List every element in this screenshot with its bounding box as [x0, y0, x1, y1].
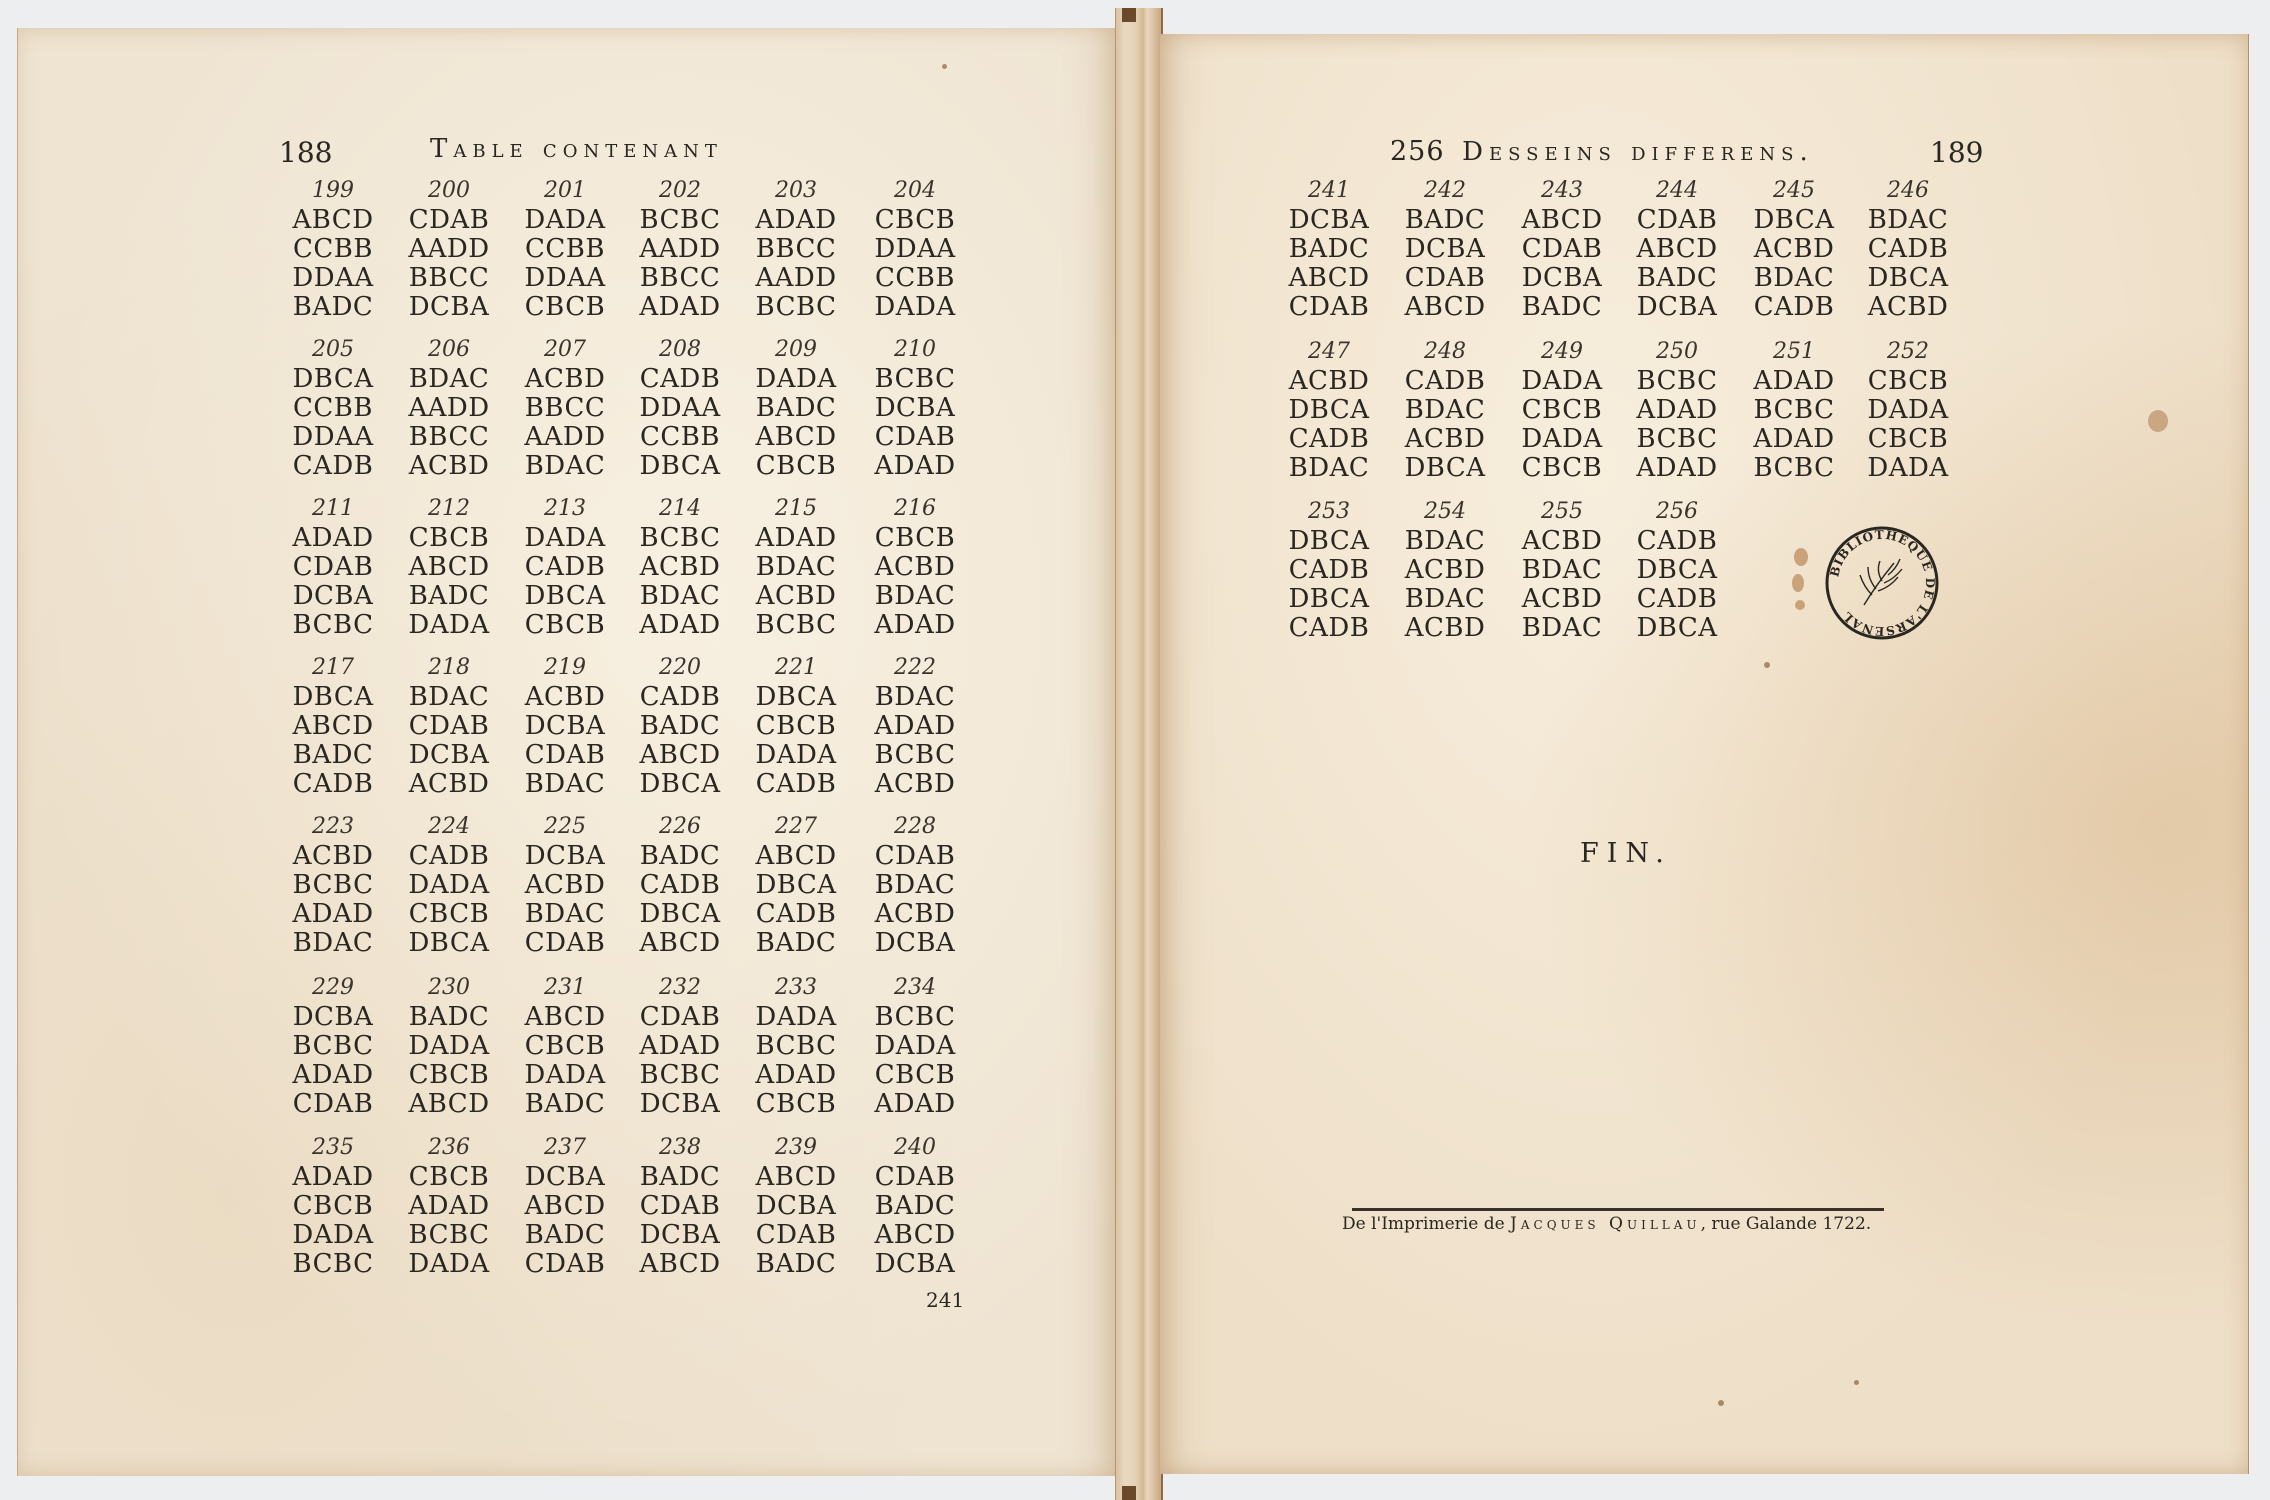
design-row: ADAD — [275, 524, 391, 553]
design-number: 228 — [857, 812, 973, 842]
design-row: DADA — [857, 293, 973, 322]
design-row: BDAC — [1387, 396, 1503, 425]
design-row: BCBC — [391, 1221, 507, 1250]
design-row: ABCD — [738, 842, 854, 871]
design-row: BADC — [622, 712, 738, 741]
design-row: DCBA — [738, 1192, 854, 1221]
design-row: ABCD — [507, 1192, 623, 1221]
design-row: CADB — [1271, 556, 1387, 585]
design-row: DADA — [1850, 454, 1966, 483]
design-row: CBCB — [1850, 367, 1966, 396]
design-entry: 205DBCACCBBDDAACADB — [275, 335, 391, 481]
design-row: BDAC — [275, 929, 391, 958]
imprint-printer: Jacques Quillau — [1510, 1214, 1701, 1234]
design-entry: 211ADADCDABDCBABCBC — [275, 494, 391, 640]
design-row: DADA — [738, 1003, 854, 1032]
left-page-number: 188 — [279, 136, 332, 169]
design-entry: 210BCBCDCBACDABADAD — [857, 335, 973, 481]
design-row: ABCD — [275, 206, 391, 235]
design-row: BADC — [1271, 235, 1387, 264]
design-row: ADAD — [1619, 396, 1735, 425]
design-number: 200 — [391, 176, 507, 206]
design-row: ACBD — [275, 842, 391, 871]
design-entry: 256CADBDBCACADBDBCA — [1619, 497, 1735, 643]
design-entry: 236CBCBADADBCBCDADA — [391, 1133, 507, 1279]
foxing-speck — [1854, 1380, 1859, 1385]
design-row: CADB — [622, 683, 738, 712]
design-row: DBCA — [738, 683, 854, 712]
design-number: 251 — [1736, 337, 1852, 367]
design-row: CCBB — [507, 235, 623, 264]
design-entry: 246BDACCADBDBCAACBD — [1850, 176, 1966, 322]
design-row: DBCA — [1619, 556, 1735, 585]
design-row: DADA — [1504, 367, 1620, 396]
design-row: ACBD — [507, 365, 623, 394]
design-entry: 223ACBDBCBCADADBDAC — [275, 812, 391, 958]
design-row: DCBA — [857, 929, 973, 958]
design-row: CDAB — [507, 929, 623, 958]
foxing-speck — [1764, 662, 1770, 668]
design-number: 256 — [1619, 497, 1735, 527]
design-number: 211 — [275, 494, 391, 524]
design-row: BCBC — [622, 524, 738, 553]
design-row: BDAC — [1850, 206, 1966, 235]
design-entry: 240CDABBADCABCDDCBA — [857, 1133, 973, 1279]
design-row: CDAB — [391, 712, 507, 741]
design-row: CBCB — [507, 611, 623, 640]
design-row: BBCC — [391, 423, 507, 452]
design-row: CDAB — [507, 741, 623, 770]
design-row: BADC — [507, 1090, 623, 1119]
design-row: BADC — [1619, 264, 1735, 293]
design-row: DBCA — [275, 683, 391, 712]
design-row: CCBB — [275, 394, 391, 423]
design-row: BDAC — [857, 683, 973, 712]
design-row: CADB — [1619, 585, 1735, 614]
design-row: CDAB — [1387, 264, 1503, 293]
design-number: 205 — [275, 335, 391, 365]
design-number: 250 — [1619, 337, 1735, 367]
design-row: BADC — [391, 1003, 507, 1032]
design-row: ACBD — [1387, 425, 1503, 454]
design-row: DADA — [391, 1032, 507, 1061]
design-row: BADC — [738, 929, 854, 958]
design-entry: 233DADABCBCADADCBCB — [738, 973, 854, 1119]
design-entry: 228CDABBDACACBDDCBA — [857, 812, 973, 958]
design-entry: 202BCBCAADDBBCCADAD — [622, 176, 738, 322]
design-number: 231 — [507, 973, 623, 1003]
design-entry: 203ADADBBCCAADDBCBC — [738, 176, 854, 322]
design-row: BADC — [391, 582, 507, 611]
design-row: CADB — [1387, 367, 1503, 396]
design-row: BADC — [275, 741, 391, 770]
design-row: CDAB — [507, 1250, 623, 1279]
design-row: CBCB — [507, 293, 623, 322]
design-row: DADA — [1504, 425, 1620, 454]
design-row: DBCA — [391, 929, 507, 958]
design-row: DCBA — [622, 1090, 738, 1119]
foxing-speck — [1718, 1400, 1724, 1406]
design-row: AADD — [507, 423, 623, 452]
design-row: DADA — [857, 1032, 973, 1061]
design-row: ABCD — [1619, 235, 1735, 264]
design-number: 203 — [738, 176, 854, 206]
design-entry: 245DBCAACBDBDACCADB — [1736, 176, 1852, 322]
design-entry: 217DBCAABCDBADCCADB — [275, 653, 391, 799]
design-row: BCBC — [1619, 367, 1735, 396]
design-entry: 251ADADBCBCADADBCBC — [1736, 337, 1852, 483]
design-row: BDAC — [1504, 614, 1620, 643]
design-row: DCBA — [1271, 206, 1387, 235]
design-row: ABCD — [857, 1221, 973, 1250]
design-row: ACBD — [857, 553, 973, 582]
design-entry: 230BADCDADACBCBABCD — [391, 973, 507, 1119]
design-row: ACBD — [1736, 235, 1852, 264]
design-number: 214 — [622, 494, 738, 524]
right-page-number: 189 — [1930, 136, 1983, 169]
design-row: BADC — [622, 1163, 738, 1192]
design-entry: 214BCBCACBDBDACADAD — [622, 494, 738, 640]
imprint-suffix: , rue Galande 1722. — [1701, 1214, 1872, 1234]
design-row: CADB — [1271, 614, 1387, 643]
design-row: AADD — [738, 264, 854, 293]
design-row: AADD — [391, 394, 507, 423]
design-number: 245 — [1736, 176, 1852, 206]
design-number: 255 — [1504, 497, 1620, 527]
design-row: ADAD — [1736, 425, 1852, 454]
design-number: 246 — [1850, 176, 1966, 206]
design-number: 216 — [857, 494, 973, 524]
design-row: CADB — [1850, 235, 1966, 264]
design-entry: 226BADCCADBDBCAABCD — [622, 812, 738, 958]
design-row: CDAB — [391, 206, 507, 235]
design-row: DCBA — [507, 1163, 623, 1192]
design-number: 215 — [738, 494, 854, 524]
design-entry: 231ABCDCBCBDADABADC — [507, 973, 623, 1119]
design-row: ACBD — [857, 900, 973, 929]
design-row: DBCA — [622, 900, 738, 929]
design-row: DBCA — [507, 582, 623, 611]
design-row: BCBC — [622, 1061, 738, 1090]
design-entry: 221DBCACBCBDADACADB — [738, 653, 854, 799]
design-row: BCBC — [857, 365, 973, 394]
design-entry: 209DADABADCABCDCBCB — [738, 335, 854, 481]
design-row: ADAD — [857, 1090, 973, 1119]
design-row: ACBD — [622, 553, 738, 582]
design-number: 248 — [1387, 337, 1503, 367]
design-number: 254 — [1387, 497, 1503, 527]
design-number: 204 — [857, 176, 973, 206]
design-number: 234 — [857, 973, 973, 1003]
design-number: 212 — [391, 494, 507, 524]
spine-headband — [1122, 8, 1136, 22]
design-row: DBCA — [1850, 264, 1966, 293]
design-row: DBCA — [1387, 454, 1503, 483]
design-row: CBCB — [275, 1192, 391, 1221]
design-row: DDAA — [622, 394, 738, 423]
design-row: CADB — [1271, 425, 1387, 454]
design-row: DCBA — [391, 293, 507, 322]
left-running-head: Table contenant — [430, 134, 723, 164]
design-row: ACBD — [1271, 367, 1387, 396]
arsenal-stamp-icon: BIBLIOTHÈQUE DE L'ARSENAL — [1824, 525, 1940, 641]
design-row: ABCD — [622, 741, 738, 770]
design-entry: 255ACBDBDACACBDBDAC — [1504, 497, 1620, 643]
design-row: BCBC — [275, 1250, 391, 1279]
design-number: 206 — [391, 335, 507, 365]
design-row: CDAB — [1271, 293, 1387, 322]
design-row: DCBA — [391, 741, 507, 770]
design-row: ABCD — [622, 929, 738, 958]
design-row: ABCD — [1504, 206, 1620, 235]
design-row: CBCB — [391, 524, 507, 553]
design-entry: 218BDACCDABDCBAACBD — [391, 653, 507, 799]
design-entry: 234BCBCDADACBCBADAD — [857, 973, 973, 1119]
design-entry: 232CDABADADBCBCDCBA — [622, 973, 738, 1119]
design-row: ADAD — [275, 1061, 391, 1090]
design-row: DCBA — [275, 1003, 391, 1032]
design-row: BBCC — [391, 264, 507, 293]
design-row: CBCB — [391, 1061, 507, 1090]
design-row: ACBD — [1504, 585, 1620, 614]
design-entry: 201DADACCBBDDAACBCB — [507, 176, 623, 322]
design-row: CBCB — [507, 1032, 623, 1061]
design-number: 241 — [1271, 176, 1387, 206]
running-head-title: Desseins differens. — [1462, 137, 1814, 167]
design-row: BDAC — [857, 871, 973, 900]
design-row: DADA — [507, 1061, 623, 1090]
design-row: CBCB — [1504, 454, 1620, 483]
design-row: ADAD — [622, 293, 738, 322]
design-row: BCBC — [738, 293, 854, 322]
design-row: ACBD — [507, 871, 623, 900]
design-row: BCBC — [738, 611, 854, 640]
design-row: BADC — [507, 1221, 623, 1250]
design-entry: 216CBCBACBDBDACADAD — [857, 494, 973, 640]
book-spine-gutter — [1115, 8, 1163, 1500]
right-running-head: 256 Desseins differens. — [1390, 136, 1814, 167]
design-row: DDAA — [857, 235, 973, 264]
design-row: CADB — [275, 770, 391, 799]
design-entry: 241DCBABADCABCDCDAB — [1271, 176, 1387, 322]
design-row: BCBC — [1619, 425, 1735, 454]
design-entry: 199ABCDCCBBDDAABADC — [275, 176, 391, 322]
design-row: ACBD — [857, 770, 973, 799]
design-row: ABCD — [391, 1090, 507, 1119]
design-entry: 237DCBAABCDBADCCDAB — [507, 1133, 623, 1279]
design-row: BCBC — [275, 611, 391, 640]
design-entry: 213DADACADBDBCACBCB — [507, 494, 623, 640]
foxing-stain — [2148, 410, 2168, 432]
design-row: DDAA — [275, 423, 391, 452]
design-row: DADA — [391, 611, 507, 640]
design-row: DBCA — [275, 365, 391, 394]
foxing-stain — [1795, 600, 1805, 610]
design-number: 233 — [738, 973, 854, 1003]
design-row: CADB — [1619, 527, 1735, 556]
design-row: ADAD — [857, 611, 973, 640]
design-row: ACBD — [391, 770, 507, 799]
design-row: DADA — [275, 1221, 391, 1250]
design-entry: 206BDACAADDBBCCACBD — [391, 335, 507, 481]
design-row: CBCB — [857, 206, 973, 235]
design-row: CADB — [622, 871, 738, 900]
design-row: DADA — [1850, 396, 1966, 425]
design-number: 207 — [507, 335, 623, 365]
design-row: ADAD — [622, 1032, 738, 1061]
design-row: CBCB — [857, 1061, 973, 1090]
imprint-rule — [1352, 1208, 1884, 1211]
design-row: BDAC — [1387, 527, 1503, 556]
design-row: ADAD — [1619, 454, 1735, 483]
design-row: DBCA — [1619, 614, 1735, 643]
design-row: CBCB — [738, 452, 854, 481]
design-row: ACBD — [1387, 614, 1503, 643]
design-row: ABCD — [1387, 293, 1503, 322]
design-row: DBCA — [1736, 206, 1852, 235]
design-entry: 242BADCDCBACDABABCD — [1387, 176, 1503, 322]
design-row: ABCD — [622, 1250, 738, 1279]
design-entry: 215ADADBDACACBDBCBC — [738, 494, 854, 640]
design-entry: 250BCBCADADBCBCADAD — [1619, 337, 1735, 483]
design-number: 213 — [507, 494, 623, 524]
design-number: 244 — [1619, 176, 1735, 206]
design-number: 235 — [275, 1133, 391, 1163]
imprint-line: De l'Imprimerie de Jacques Quillau, rue … — [1342, 1214, 1922, 1234]
design-row: BCBC — [1736, 396, 1852, 425]
design-number: 249 — [1504, 337, 1620, 367]
design-row: DCBA — [622, 1221, 738, 1250]
design-row: CADB — [1736, 293, 1852, 322]
design-row: DADA — [391, 871, 507, 900]
design-number: 209 — [738, 335, 854, 365]
design-row: CADB — [275, 452, 391, 481]
design-entry: 204CBCBDDAACCBBDADA — [857, 176, 973, 322]
design-row: ADAD — [275, 900, 391, 929]
design-row: DCBA — [507, 712, 623, 741]
design-row: CDAB — [1619, 206, 1735, 235]
design-row: ADAD — [738, 206, 854, 235]
design-row: DADA — [738, 365, 854, 394]
design-row: BDAC — [507, 770, 623, 799]
design-row: BDAC — [1387, 585, 1503, 614]
design-row: DCBA — [1504, 264, 1620, 293]
design-row: ABCD — [1271, 264, 1387, 293]
design-row: CDAB — [738, 1221, 854, 1250]
design-row: BCBC — [738, 1032, 854, 1061]
design-row: ABCD — [738, 1163, 854, 1192]
design-row: ADAD — [275, 1163, 391, 1192]
design-entry: 222BDACADADBCBCACBD — [857, 653, 973, 799]
design-number: 227 — [738, 812, 854, 842]
design-number: 217 — [275, 653, 391, 683]
design-entry: 244CDABABCDBADCDCBA — [1619, 176, 1735, 322]
design-row: CBCB — [738, 712, 854, 741]
design-row: CDAB — [275, 553, 391, 582]
design-entry: 207ACBDBBCCAADDBDAC — [507, 335, 623, 481]
fin-heading: FIN. — [1580, 838, 1672, 869]
design-number: 199 — [275, 176, 391, 206]
design-row: DBCA — [1271, 527, 1387, 556]
design-row: BADC — [857, 1192, 973, 1221]
design-entry: 200CDABAADDBBCCDCBA — [391, 176, 507, 322]
design-entry: 253DBCACADBDBCACADB — [1271, 497, 1387, 643]
design-entry: 238BADCCDABDCBAABCD — [622, 1133, 738, 1279]
design-row: CDAB — [622, 1003, 738, 1032]
design-row: CBCB — [857, 524, 973, 553]
design-row: DADA — [738, 741, 854, 770]
design-row: BCBC — [857, 1003, 973, 1032]
design-entry: 239ABCDDCBACDABBADC — [738, 1133, 854, 1279]
design-number: 222 — [857, 653, 973, 683]
design-row: CADB — [738, 770, 854, 799]
design-row: CDAB — [857, 842, 973, 871]
design-entry: 225DCBAACBDBDACCDAB — [507, 812, 623, 958]
design-number: 202 — [622, 176, 738, 206]
design-row: CADB — [738, 900, 854, 929]
design-number: 252 — [1850, 337, 1966, 367]
design-row: BDAC — [391, 365, 507, 394]
design-number: 237 — [507, 1133, 623, 1163]
design-row: ADAD — [622, 611, 738, 640]
design-row: DBCA — [1271, 585, 1387, 614]
design-row: CDAB — [622, 1192, 738, 1221]
design-entry: 248CADBBDACACBDDBCA — [1387, 337, 1503, 483]
design-row: CBCB — [391, 900, 507, 929]
design-row: ADAD — [1736, 367, 1852, 396]
design-number: 226 — [622, 812, 738, 842]
design-number: 221 — [738, 653, 854, 683]
foxing-stain — [1794, 548, 1808, 566]
imprint-prefix: De l'Imprimerie de — [1342, 1214, 1505, 1234]
design-row: ADAD — [738, 524, 854, 553]
design-row: BADC — [738, 1250, 854, 1279]
design-number: 225 — [507, 812, 623, 842]
design-row: DBCA — [1271, 396, 1387, 425]
design-entry: 249DADACBCBDADACBCB — [1504, 337, 1620, 483]
design-row: CDAB — [857, 1163, 973, 1192]
design-row: DBCA — [622, 770, 738, 799]
design-number: 253 — [1271, 497, 1387, 527]
design-number: 201 — [507, 176, 623, 206]
design-row: ACBD — [1504, 527, 1620, 556]
design-number: 229 — [275, 973, 391, 1003]
design-row: CDAB — [1504, 235, 1620, 264]
design-entry: 252CBCBDADACBCBDADA — [1850, 337, 1966, 483]
design-row: CBCB — [1504, 396, 1620, 425]
design-row: ABCD — [507, 1003, 623, 1032]
design-row: BCBC — [622, 206, 738, 235]
design-number: 239 — [738, 1133, 854, 1163]
design-row: DCBA — [507, 842, 623, 871]
catchword: 241 — [926, 1288, 964, 1312]
design-row: CCBB — [275, 235, 391, 264]
design-row: ACBD — [738, 582, 854, 611]
design-row: BBCC — [622, 264, 738, 293]
design-number: 243 — [1504, 176, 1620, 206]
design-entry: 254BDACACBDBDACACBD — [1387, 497, 1503, 643]
design-row: DBCA — [738, 871, 854, 900]
design-row: CADB — [622, 365, 738, 394]
design-row: CBCB — [391, 1163, 507, 1192]
foxing-speck — [942, 64, 947, 69]
design-row: DDAA — [507, 264, 623, 293]
design-row: AADD — [391, 235, 507, 264]
design-row: BCBC — [1736, 454, 1852, 483]
design-number: 232 — [622, 973, 738, 1003]
design-row: ACBD — [1850, 293, 1966, 322]
design-row: ABCD — [275, 712, 391, 741]
